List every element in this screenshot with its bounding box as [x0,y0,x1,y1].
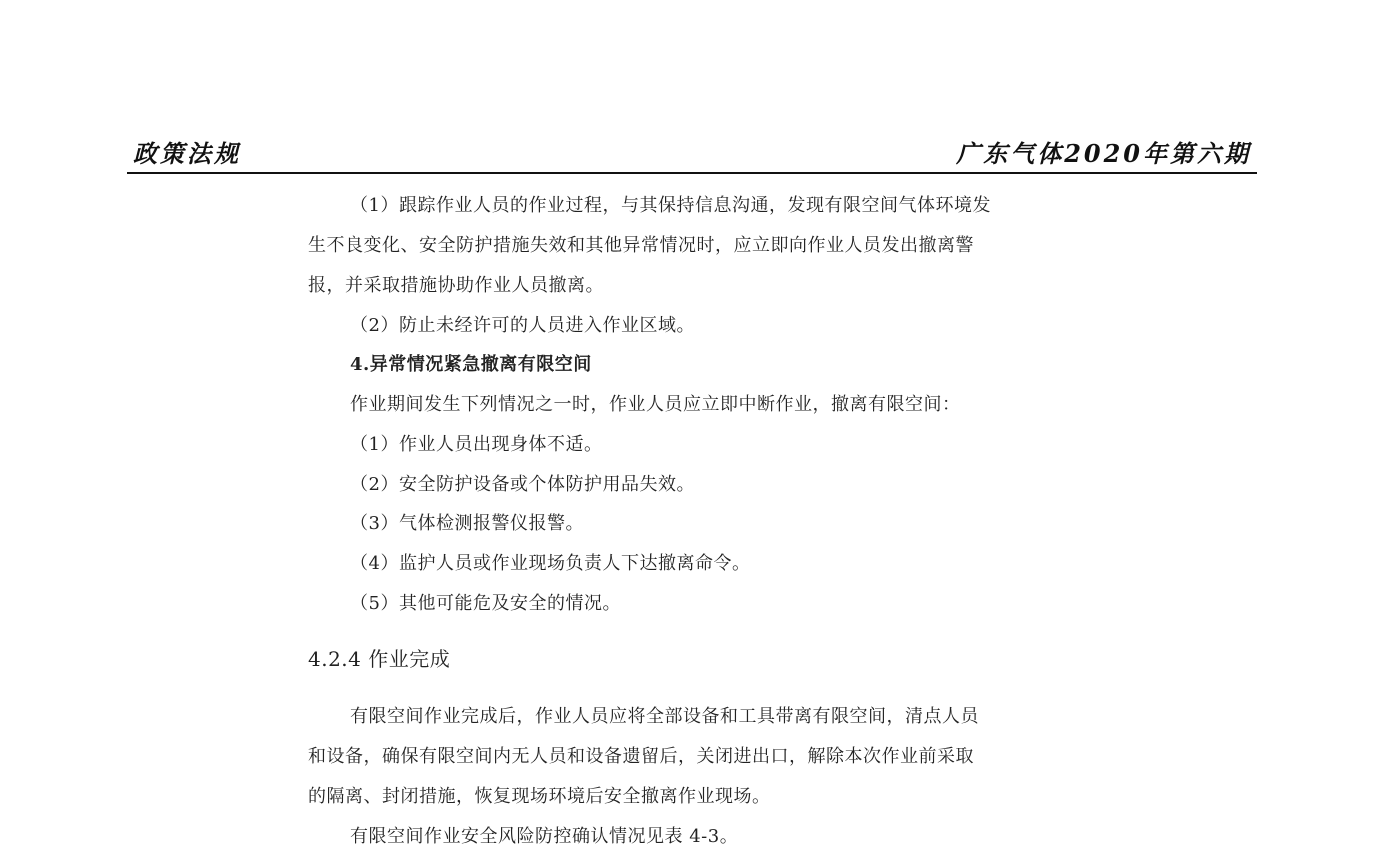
paragraph-line: 的隔离、封闭措施，恢复现场环境后安全撤离作业现场。 [308,785,771,809]
list-item: （4）监护人员或作业现场负责人下达撤离命令。 [350,552,750,576]
section-category: 政策法规 [133,134,241,169]
list-item: （2）安全防护设备或个体防护用品失效。 [350,473,695,497]
table-reference: 有限空间作业安全风险防控确认情况见表 4-3。 [350,825,738,849]
list-item: （3）气体检测报警仪报警。 [350,512,584,536]
paragraph-line: 报，并采取措施协助作业人员撤离。 [308,274,604,298]
paragraph-line: （1）跟踪作业人员的作业过程，与其保持信息沟通，发现有限空间气体环境发 [350,194,991,218]
section-heading: 4.2.4 作业完成 [308,647,450,671]
list-item: （2）防止未经许可的人员进入作业区域。 [350,314,695,338]
list-item: （5）其他可能危及安全的情况。 [350,592,621,616]
paragraph-line: 和设备，确保有限空间内无人员和设备遗留后，关闭进出口，解除本次作业前采取 [308,745,974,769]
subheading: 4.异常情况紧急撤离有限空间 [350,353,592,377]
paragraph-line: 作业期间发生下列情况之一时，作业人员应立即中断作业，撤离有限空间： [350,393,961,417]
paragraph-line: 有限空间作业完成后，作业人员应将全部设备和工具带离有限空间，清点人员 [350,705,979,729]
journal-issue: 广东气体2020年第六期 [956,134,1251,169]
running-header: 政策法规 广东气体2020年第六期 [127,128,1257,174]
list-item: （1）作业人员出现身体不适。 [350,433,602,457]
paragraph-line: 生不良变化、安全防护措施失效和其他异常情况时，应立即向作业人员发出撤离警 [308,234,974,258]
